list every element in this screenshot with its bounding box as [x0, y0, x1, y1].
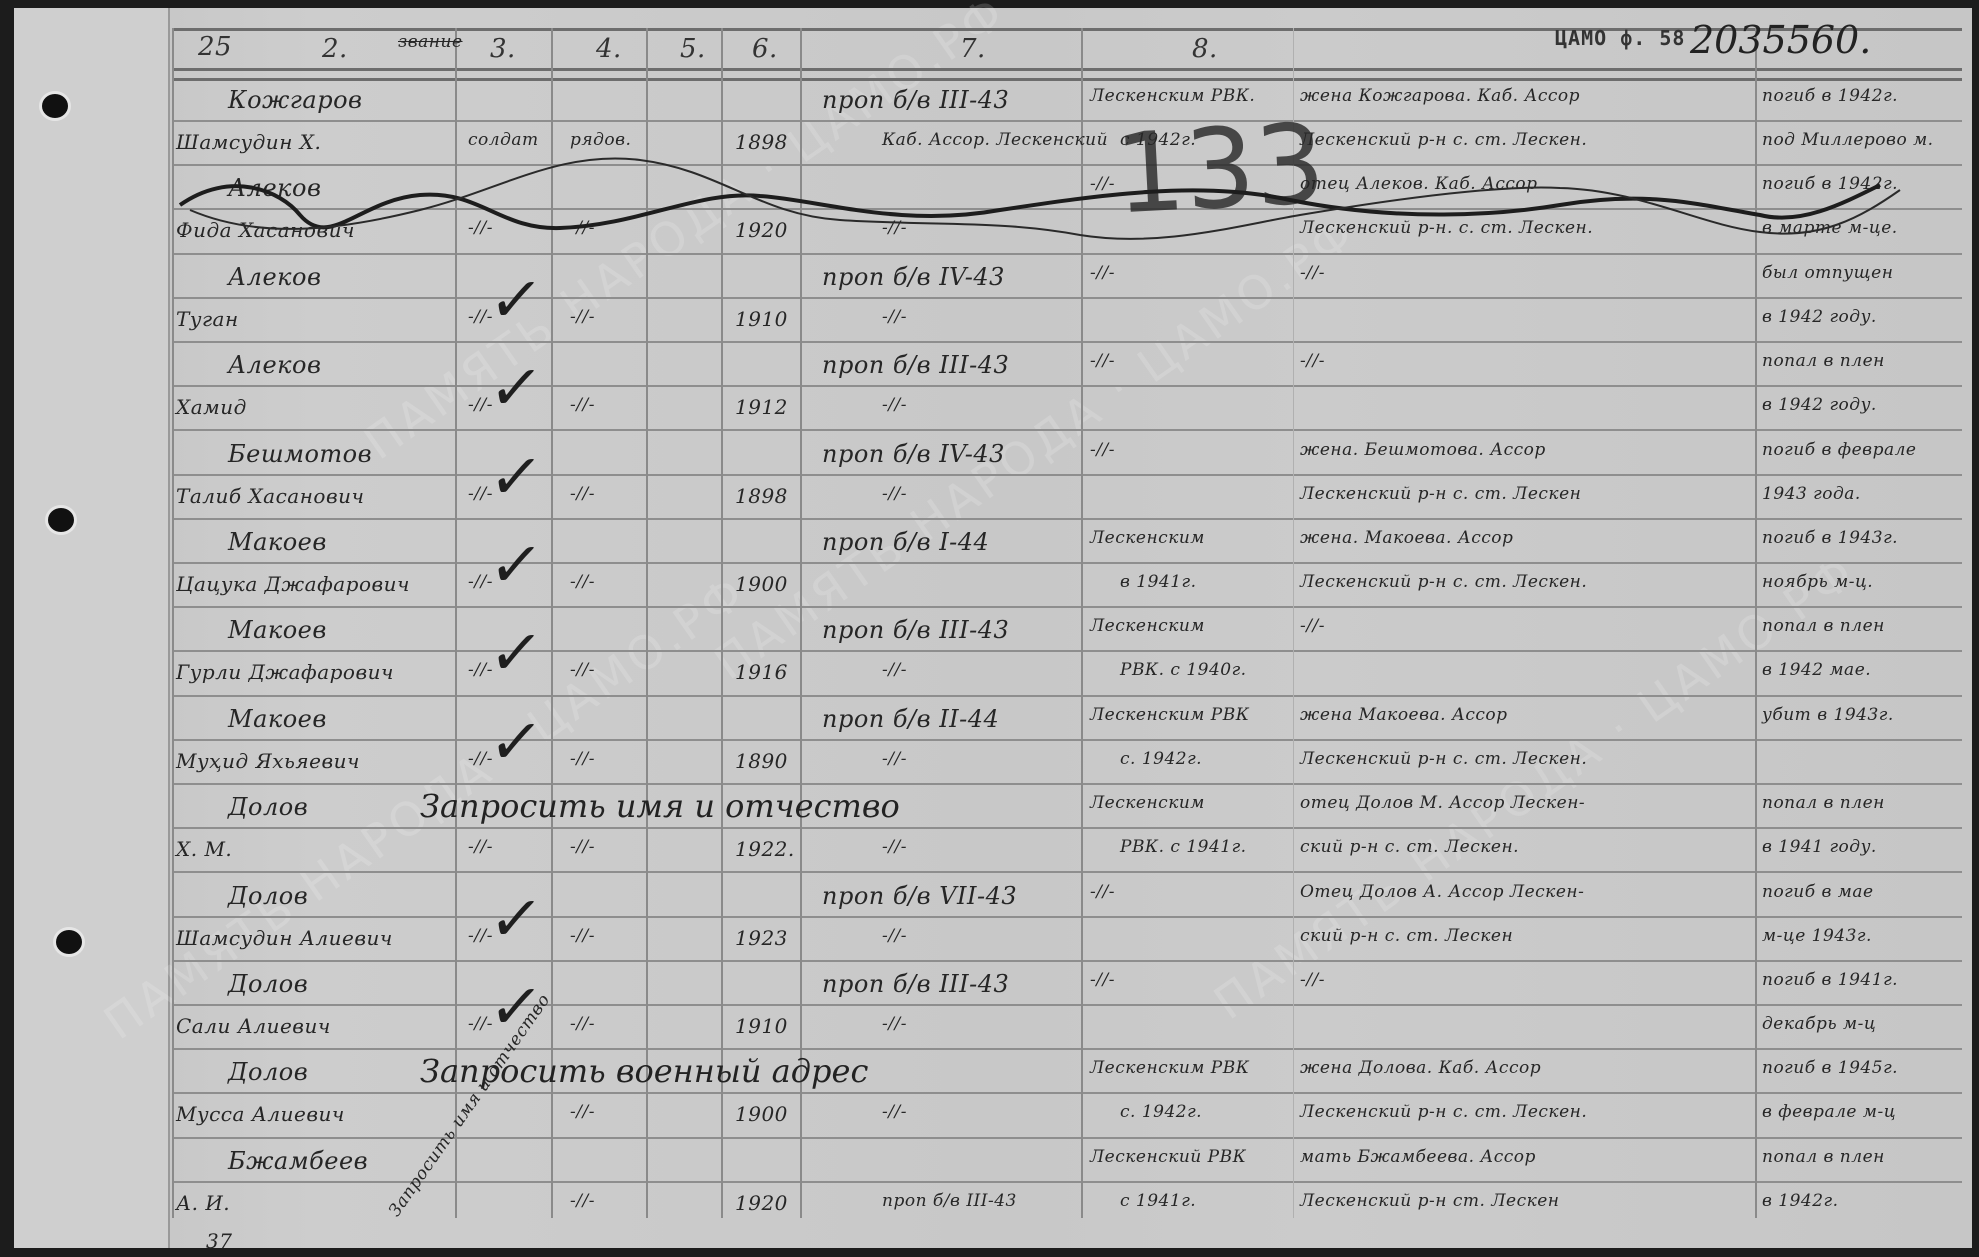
strike-through-scribble: [0, 0, 1979, 1257]
